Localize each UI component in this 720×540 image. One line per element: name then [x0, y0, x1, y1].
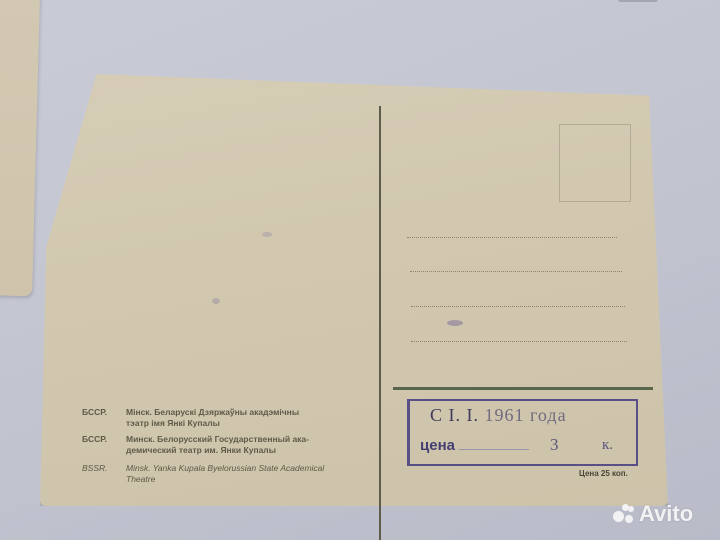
stamp-year: 1961 [485, 405, 525, 425]
adjacent-postcard-edge [0, 0, 40, 296]
stamp-blank-line [459, 449, 529, 450]
stamp-price-unit: к. [602, 437, 613, 454]
stamp-price-label: цена [420, 437, 455, 454]
printed-price: Цена 25 коп. [579, 469, 628, 478]
ink-smudge [212, 298, 220, 304]
price-ink-stamp: С I. I. 1961 года цена 3 к. [407, 399, 638, 466]
stamp-date: С I. I. [430, 405, 479, 425]
stamp-price-amount: 3 [550, 435, 559, 455]
stamp-price-row: цена 3 к. [420, 437, 630, 454]
caption-code: БССР. [82, 407, 126, 418]
stamp-year-suffix: года [530, 405, 567, 425]
ink-smudge [447, 320, 463, 326]
postage-stamp-placeholder [559, 124, 631, 202]
caption-english: BSSR.Minsk. Yanka Kupala Byelorussian St… [82, 463, 324, 485]
caption-line: Минск. Белорусский Государственный ака- [126, 434, 309, 444]
caption-code: BSSR. [82, 463, 126, 474]
postcard-center-divider [379, 106, 381, 540]
caption-belarusian: БССР.Мінск. Беларускі Дзяржаўны акадэміч… [82, 407, 299, 429]
address-line-2 [410, 271, 622, 272]
address-line-3 [411, 306, 625, 307]
caption-line: тэатр імя Янкі Купалы [82, 418, 299, 429]
caption-line: Theatre [82, 474, 324, 485]
object-edge-top [618, 0, 658, 2]
caption-line: Мінск. Беларускі Дзяржаўны акадэмічны [126, 407, 299, 417]
avito-dots-icon [613, 503, 635, 525]
address-line-4 [411, 341, 627, 342]
ink-smudge [262, 232, 272, 237]
caption-line: демический театр им. Янки Купалы [82, 445, 309, 456]
caption-code: БССР. [82, 434, 126, 445]
address-line-1 [407, 237, 617, 238]
caption-line: Minsk. Yanka Kupala Byelorussian State A… [126, 463, 324, 473]
green-divider-bar [393, 387, 653, 390]
stamp-date-row: С I. I. 1961 года [430, 405, 567, 426]
avito-watermark: Avito [613, 500, 693, 528]
avito-wordmark: Avito [639, 501, 693, 527]
caption-russian: БССР.Минск. Белорусский Государственный … [82, 434, 309, 456]
